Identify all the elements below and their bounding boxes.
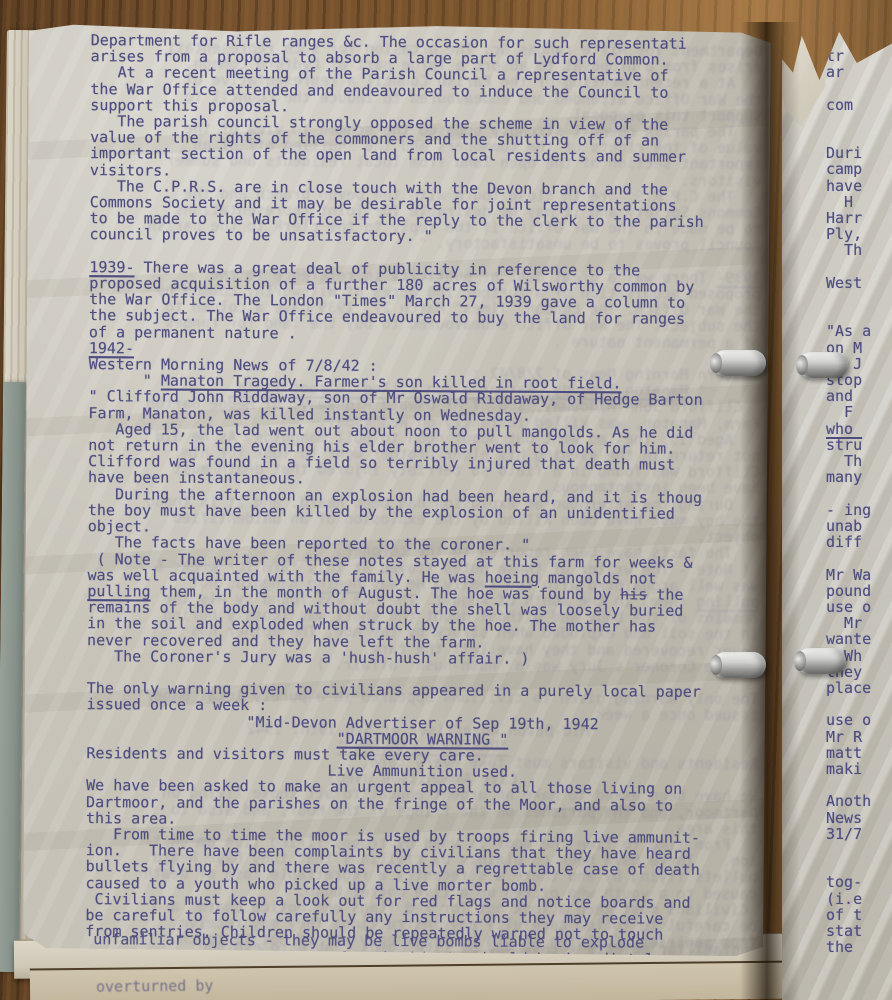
typewritten-line: wante <box>826 631 892 647</box>
photo-wooden-desk: { "colors": { "wood": "#6a4828", "paper_… <box>0 0 892 1000</box>
typewritten-line: Harr <box>826 210 892 226</box>
typewritten-line <box>826 777 892 793</box>
typewritten-line: of t <box>826 907 892 923</box>
typewritten-line: Ply, <box>826 226 892 242</box>
typed-document-page: Department for Rifle ranges &c. The occa… <box>23 22 771 957</box>
typewritten-line: Duri <box>826 145 892 161</box>
typewritten-line: Mr R <box>826 729 892 745</box>
adjacent-page-stack: trar com Duricamphave HHarrPly, Th West … <box>782 28 892 1000</box>
typewritten-line: use o <box>826 599 892 615</box>
binder-post <box>796 648 846 674</box>
typewritten-line: unab <box>826 518 892 534</box>
typewritten-line: ar <box>826 64 892 80</box>
typewritten-line: Dartmoor, and the parishes on the fringe… <box>86 794 758 814</box>
typewritten-line <box>826 696 892 712</box>
typewritten-line: F <box>826 404 892 420</box>
typewritten-line: pound <box>826 583 892 599</box>
typewritten-line: West <box>826 275 892 291</box>
typewritten-line: stat <box>826 923 892 939</box>
typewritten-line: use o <box>826 712 892 728</box>
typewritten-fragment: overturned by <box>96 977 214 996</box>
typewritten-line: Th <box>826 242 892 258</box>
typewritten-line <box>826 80 892 96</box>
typewritten-line: camp <box>826 161 892 177</box>
typewritten-line: Mr Wa <box>826 567 892 583</box>
typewritten-line <box>826 550 892 566</box>
typewritten-line <box>826 307 892 323</box>
typewritten-text: Department for Rifle ranges &c. The occa… <box>85 32 763 968</box>
typewritten-line: tr <box>826 48 892 64</box>
typewritten-line: maki <box>826 761 892 777</box>
typewritten-line: the boy must have been killed by the exp… <box>88 502 760 522</box>
typewritten-line: The Coroner's Jury was a 'hush-hush' aff… <box>87 648 759 668</box>
typewritten-line: com <box>826 97 892 113</box>
binder-post <box>712 652 766 678</box>
typewritten-line <box>826 291 892 307</box>
typewritten-line: Th <box>826 453 892 469</box>
typewritten-line: tog- <box>826 874 892 890</box>
typewritten-line: H <box>826 194 892 210</box>
typewritten-line: have <box>826 178 892 194</box>
typewritten-line <box>826 858 892 874</box>
typewritten-line: and <box>826 388 892 404</box>
typewritten-line: important section of the open land from … <box>90 146 762 166</box>
typewritten-line: many <box>826 469 892 485</box>
typewritten-line <box>826 113 892 129</box>
typewritten-text-fragments: trar com Duricamphave HHarrPly, Th West … <box>826 48 892 955</box>
typewritten-line <box>826 259 892 275</box>
typewritten-line: unfamiliar objects - they may be live bo… <box>93 932 757 952</box>
typewritten-line: diff <box>826 534 892 550</box>
binder-post <box>712 350 766 376</box>
typewritten-line <box>826 485 892 501</box>
typewritten-line: Anoth <box>826 793 892 809</box>
typewritten-line <box>826 129 892 145</box>
typewritten-line: (i.e <box>826 891 892 907</box>
typewritten-line: matt <box>826 745 892 761</box>
typewritten-line: place <box>826 680 892 696</box>
binder-post <box>798 352 848 378</box>
typewritten-line: News <box>826 810 892 826</box>
typewritten-line: Mr <box>826 615 892 631</box>
typewritten-line: 31/7 <box>826 826 892 842</box>
typewritten-line: stru <box>826 437 892 453</box>
typewritten-line: - ing <box>826 502 892 518</box>
typewritten-line <box>826 842 892 858</box>
typewritten-line: the <box>826 939 892 955</box>
typewritten-line: who <box>826 421 892 437</box>
typewritten-line: "As a <box>826 323 892 339</box>
